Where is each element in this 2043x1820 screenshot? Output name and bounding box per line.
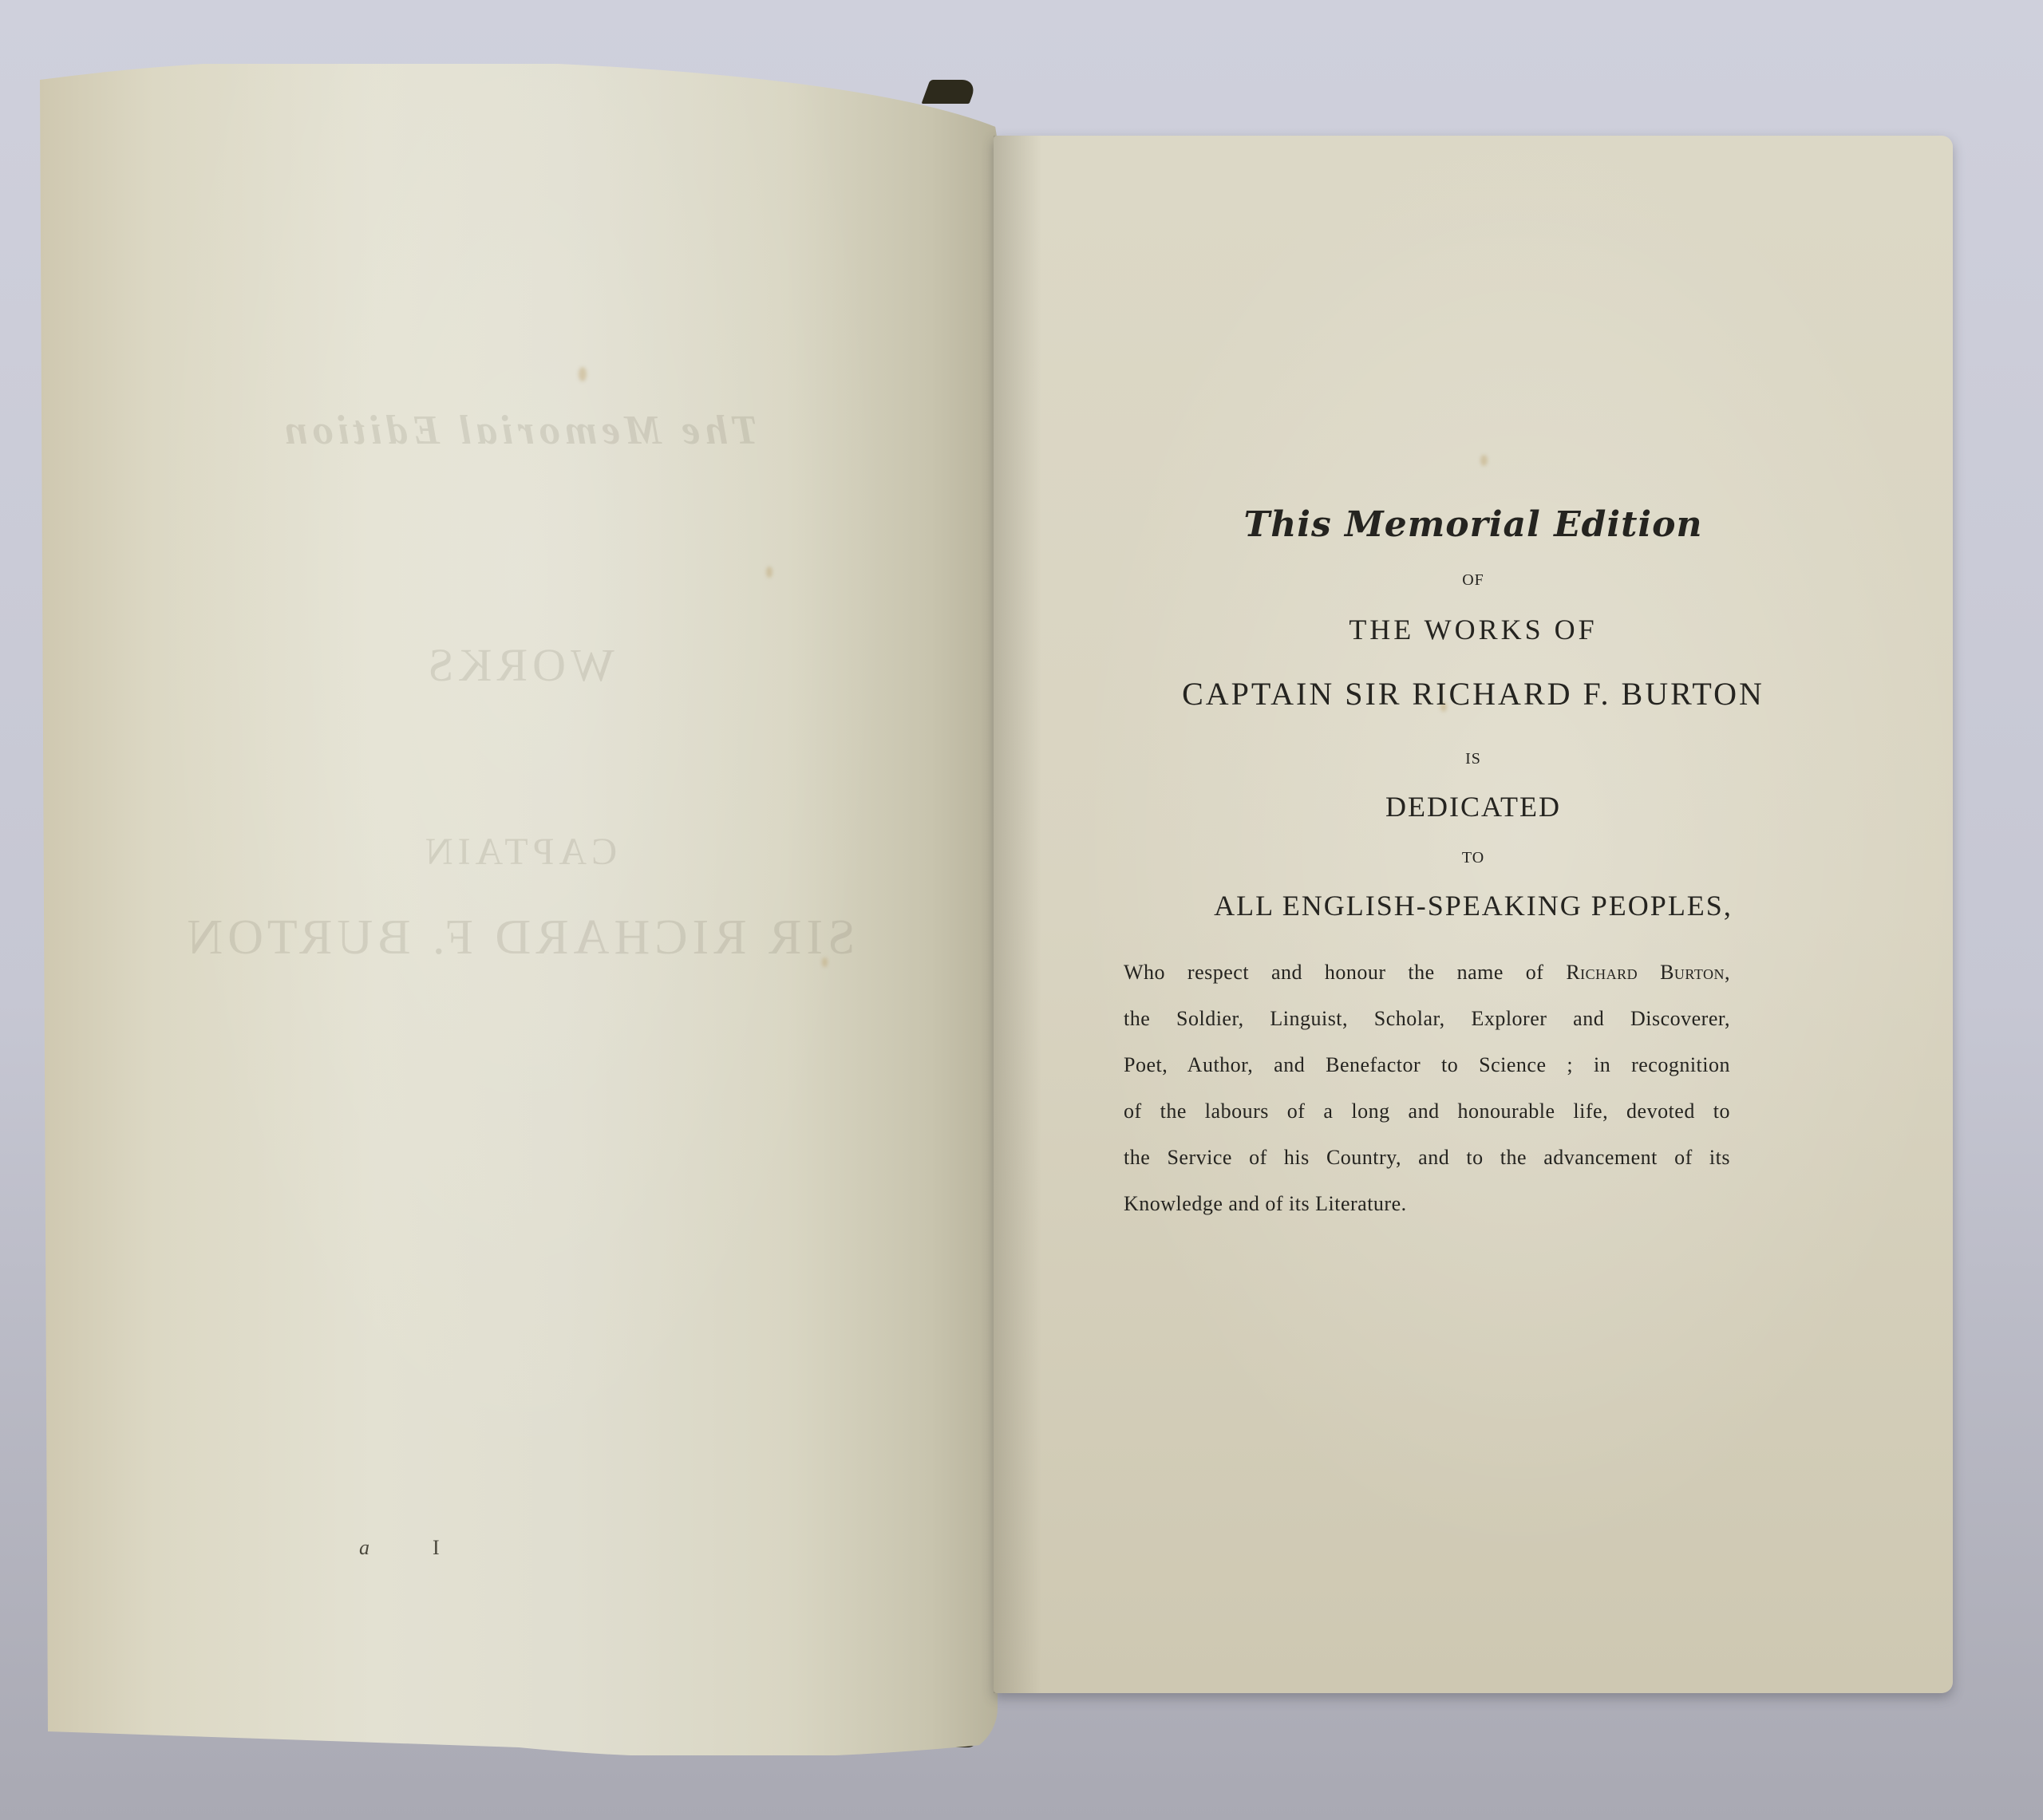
right-page: This Memorial Edition OF THE WORKS OF CA… <box>994 136 1953 1693</box>
body-line: Poet, Author, and Benefactor to Science … <box>1124 1042 1730 1088</box>
show-through-name: SIR RICHARD F. BURTON <box>40 910 998 966</box>
dedication-is: IS <box>994 750 1953 768</box>
dedication-of: OF <box>994 571 1953 590</box>
signature-numeral: I <box>433 1536 440 1560</box>
show-through-title: The Memorial Edition <box>40 407 998 454</box>
left-page: The Memorial Edition WORKS CAPTAIN SIR R… <box>40 64 998 1755</box>
body-line: of the labours of a long and honourable … <box>1124 1088 1730 1135</box>
book-spine-top <box>922 80 978 104</box>
body-line: Who respect and honour the name of Richa… <box>1124 949 1730 996</box>
body-line: the Service of his Country, and to the a… <box>1124 1135 1730 1181</box>
foxing-spot <box>822 957 828 967</box>
show-through-works: WORKS <box>40 638 998 692</box>
show-through-captain: CAPTAIN <box>40 830 998 874</box>
dedication-works-of: THE WORKS OF <box>994 613 1953 646</box>
dedication-heading: This Memorial Edition <box>994 504 1953 545</box>
dedication-to: TO <box>994 849 1953 867</box>
foxing-spot <box>579 367 587 381</box>
name-small-caps: Richard Burton <box>1566 961 1725 984</box>
dedication-recipients: ALL ENGLISH-SPEAKING PEOPLES, <box>994 889 1953 922</box>
body-line: the Soldier, Linguist, Scholar, Explorer… <box>1124 996 1730 1042</box>
dedication-author: CAPTAIN SIR RICHARD F. BURTON <box>994 675 1953 713</box>
foxing-spot <box>1480 455 1488 466</box>
dedication-body: Who respect and honour the name of Richa… <box>1124 949 1730 1227</box>
signature-letter: a <box>359 1536 369 1560</box>
body-line: Knowledge and of its Literature. <box>1124 1181 1730 1227</box>
dedication-dedicated: DEDICATED <box>994 790 1953 823</box>
foxing-spot <box>766 567 773 578</box>
